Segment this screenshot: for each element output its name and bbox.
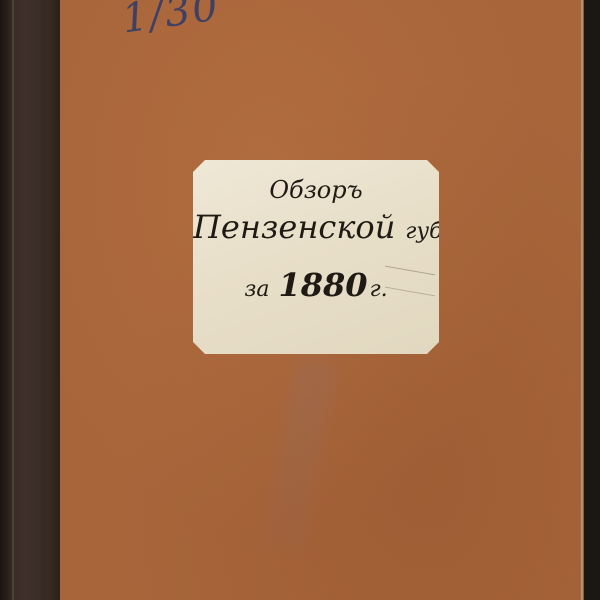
background-right [584,0,600,600]
label-year-prefix: за [244,277,269,302]
label-year: 1880 [278,266,367,304]
book-scan: 1/30 Обзоръ Пензенскойгуб. за 1880г. [0,0,600,600]
label-line-2: Пензенскойгуб. [193,208,439,246]
book-spine [0,0,62,600]
label-line-1: Обзоръ [193,176,439,204]
label-province: Пензенской [193,208,395,246]
spine-highlight [12,0,14,600]
title-label: Обзоръ Пензенскойгуб. за 1880г. [193,160,439,354]
